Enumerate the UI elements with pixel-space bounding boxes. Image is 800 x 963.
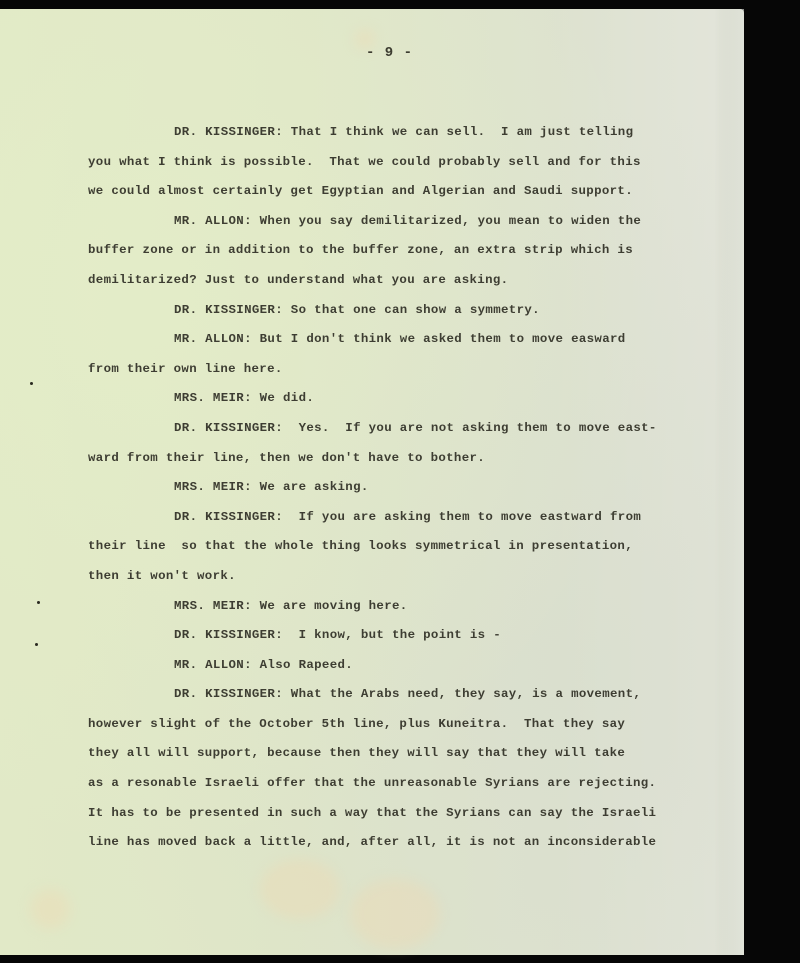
paper-stain: [350, 879, 440, 949]
speaker-line: MRS. MEIR: We are moving here.: [88, 596, 728, 626]
speaker-label: MRS. MEIR:: [174, 599, 252, 613]
line-text: What the Arabs need, they say, is a move…: [283, 687, 641, 701]
line-text: I know, but the point is -: [283, 628, 501, 642]
transcript-line: buffer zone or in addition to the buffer…: [88, 240, 728, 270]
speaker-line: MR. ALLON: When you say demilitarized, y…: [88, 211, 728, 241]
line-text: they all will support, because then they…: [88, 746, 625, 760]
speaker-line: DR. KISSINGER: That I think we can sell.…: [88, 122, 728, 152]
line-text: demilitarized? Just to understand what y…: [88, 273, 508, 287]
transcript-line: their line so that the whole thing looks…: [88, 536, 728, 566]
speaker-label: MR. ALLON:: [174, 332, 252, 346]
transcript-line: demilitarized? Just to understand what y…: [88, 270, 728, 300]
transcript-line: from their own line here.: [88, 359, 728, 389]
speaker-line: MR. ALLON: But I don't think we asked th…: [88, 329, 728, 359]
transcript-line: we could almost certainly get Egyptian a…: [88, 181, 728, 211]
transcript-line: as a resonable Israeli offer that the un…: [88, 773, 728, 803]
line-text: If you are asking them to move eastward …: [283, 510, 641, 524]
line-text: ward from their line, then we don't have…: [88, 451, 485, 465]
transcript-line: you what I think is possible. That we co…: [88, 152, 728, 182]
transcript-line: however slight of the October 5th line, …: [88, 714, 728, 744]
paper-stain: [260, 859, 340, 919]
line-text: as a resonable Israeli offer that the un…: [88, 776, 656, 790]
line-text: then it won't work.: [88, 569, 236, 583]
line-text: We are moving here.: [252, 599, 408, 613]
paper-stain: [30, 889, 70, 929]
speaker-label: DR. KISSINGER:: [174, 125, 283, 139]
speaker-line: MR. ALLON: Also Rapeed.: [88, 655, 728, 685]
speaker-label: MRS. MEIR:: [174, 391, 252, 405]
transcript-line: they all will support, because then they…: [88, 743, 728, 773]
paper-speck: [35, 643, 38, 646]
line-text: That I think we can sell. I am just tell…: [283, 125, 633, 139]
transcript-line: then it won't work.: [88, 566, 728, 596]
speaker-line: MRS. MEIR: We are asking.: [88, 477, 728, 507]
line-text: We are asking.: [252, 480, 369, 494]
line-text: It has to be presented in such a way tha…: [88, 806, 656, 820]
line-text: you what I think is possible. That we co…: [88, 155, 641, 169]
line-text: So that one can show a symmetry.: [283, 303, 540, 317]
line-text: Yes. If you are not asking them to move …: [283, 421, 657, 435]
paper-speck: [37, 601, 40, 604]
transcript-line: ward from their line, then we don't have…: [88, 448, 728, 478]
speaker-label: DR. KISSINGER:: [174, 510, 283, 524]
speaker-line: DR. KISSINGER: What the Arabs need, they…: [88, 684, 728, 714]
line-text: their line so that the whole thing looks…: [88, 539, 633, 553]
line-text: We did.: [252, 391, 314, 405]
line-text: Also Rapeed.: [252, 658, 353, 672]
speaker-label: DR. KISSINGER:: [174, 628, 283, 642]
speaker-label: DR. KISSINGER:: [174, 421, 283, 435]
speaker-line: DR. KISSINGER: I know, but the point is …: [88, 625, 728, 655]
line-text: buffer zone or in addition to the buffer…: [88, 243, 633, 257]
speaker-label: MR. ALLON:: [174, 214, 252, 228]
scanned-page: - 9 - DR. KISSINGER: That I think we can…: [0, 0, 800, 963]
line-text: But I don't think we asked them to move …: [252, 332, 626, 346]
speaker-line: DR. KISSINGER: So that one can show a sy…: [88, 300, 728, 330]
page-number: - 9 -: [366, 45, 413, 61]
transcript-line: line has moved back a little, and, after…: [88, 832, 728, 862]
line-text: When you say demilitarized, you mean to …: [252, 214, 641, 228]
speaker-line: DR. KISSINGER: If you are asking them to…: [88, 507, 728, 537]
speaker-label: MRS. MEIR:: [174, 480, 252, 494]
line-text: however slight of the October 5th line, …: [88, 717, 625, 731]
transcript-line: It has to be presented in such a way tha…: [88, 803, 728, 833]
speaker-line: MRS. MEIR: We did.: [88, 388, 728, 418]
transcript-body: DR. KISSINGER: That I think we can sell.…: [88, 122, 728, 862]
line-text: line has moved back a little, and, after…: [88, 835, 656, 849]
paper-speck: [30, 382, 33, 385]
speaker-label: DR. KISSINGER:: [174, 687, 283, 701]
line-text: we could almost certainly get Egyptian a…: [88, 184, 633, 198]
speaker-label: DR. KISSINGER:: [174, 303, 283, 317]
speaker-label: MR. ALLON:: [174, 658, 252, 672]
line-text: from their own line here.: [88, 362, 283, 376]
speaker-line: DR. KISSINGER: Yes. If you are not askin…: [88, 418, 728, 448]
